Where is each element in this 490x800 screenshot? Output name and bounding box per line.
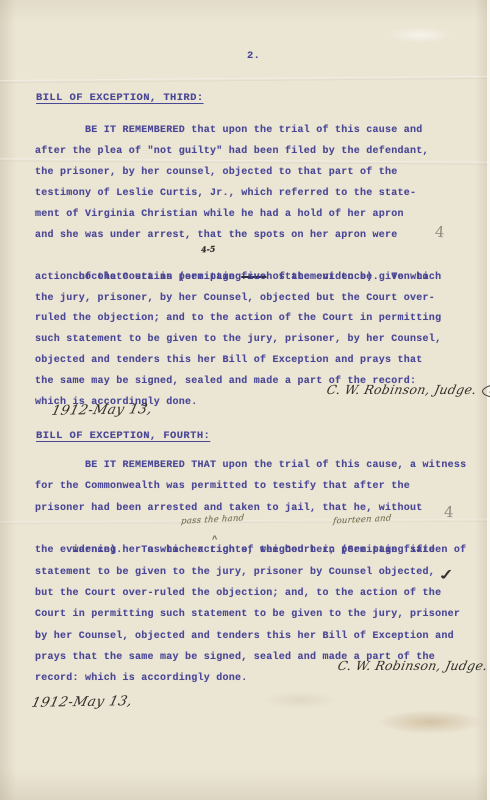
- judge-signature: C. W. Robinson, Judge.: [325, 382, 478, 397]
- text-line: objected and tenders this her Bill of Ex…: [35, 351, 441, 372]
- text-line: ment of Virginia Christian while he had …: [35, 205, 441, 226]
- bill-fourth-heading: BILL OF EXCEPTION, FOURTH:: [36, 430, 210, 442]
- handwritten-correction: 4-5: [200, 238, 216, 260]
- judge-signature-block: C. W. Robinson, Judge. Seal: [338, 658, 490, 673]
- handwritten-date: 1912-May 13,: [50, 401, 154, 419]
- text-line: Court in permitting such statement to be…: [35, 604, 466, 625]
- text-line: BE IT REMEMBERED THAT upon the trial of …: [35, 455, 466, 476]
- text-line: testimony of Leslie Curtis, Jr., which r…: [35, 184, 441, 205]
- bill-third-heading: BILL OF EXCEPTION, THIRD:: [36, 92, 204, 104]
- text-line: and she was under arrest, that the spots…: [35, 226, 441, 247]
- text-line-with-insertion: warning her as to her rights, weighed he…: [35, 519, 466, 540]
- text-line-with-correction: chocolate stains (see page five of the e…: [35, 247, 441, 268]
- bill-fourth-paragraph: BE IT REMEMBERED THAT upon the trial of …: [35, 455, 466, 690]
- handwritten-date: 1912-May 13,: [30, 693, 134, 711]
- judge-signature-block: C. W. Robinson, Judge. Seal: [327, 382, 490, 397]
- text-line: BE IT REMEMBERED that upon the trial of …: [35, 121, 441, 142]
- page-number: 2.: [247, 50, 260, 62]
- text-line: statement to be given to the jury, priso…: [35, 562, 466, 583]
- text-line: after the plea of "not guilty" had been …: [35, 142, 441, 163]
- handwritten-page-correction: fourteen and: [332, 508, 392, 533]
- text-line: ruled the objection; and to the action o…: [35, 309, 441, 330]
- text-line: action of the Court in permitting such s…: [35, 268, 441, 289]
- text-line: the evidence). To which action of the Co…: [35, 540, 466, 561]
- text-line: such statement to be given to the jury, …: [35, 330, 441, 351]
- scanned-page: 2. BILL OF EXCEPTION, THIRD: BE IT REMEM…: [0, 0, 487, 800]
- text-line: for the Commonwealth was permitted to te…: [35, 476, 466, 497]
- pencil-margin-mark: 4: [444, 503, 454, 521]
- text-line: by her Counsel, objected and tenders thi…: [35, 626, 466, 647]
- text-line: prisoner had been arrested and taken to …: [35, 498, 466, 519]
- bill-third-paragraph: BE IT REMEMBERED that upon the trial of …: [35, 121, 441, 414]
- handwritten-insertion: pass the hand: [180, 508, 245, 533]
- paper-crease: [0, 76, 487, 83]
- seal-mark: Seal: [481, 380, 490, 398]
- text-line: but the Court over-ruled the objection; …: [35, 583, 466, 604]
- checkmark-margin-mark: ✓: [437, 566, 456, 585]
- pencil-margin-mark: 4: [434, 223, 445, 242]
- text-line: the prisoner, by her counsel, objected t…: [35, 163, 441, 184]
- text-line: the jury, prisoner, by her Counsel, obje…: [35, 289, 441, 310]
- judge-signature: C. W. Robinson, Judge.: [336, 658, 489, 673]
